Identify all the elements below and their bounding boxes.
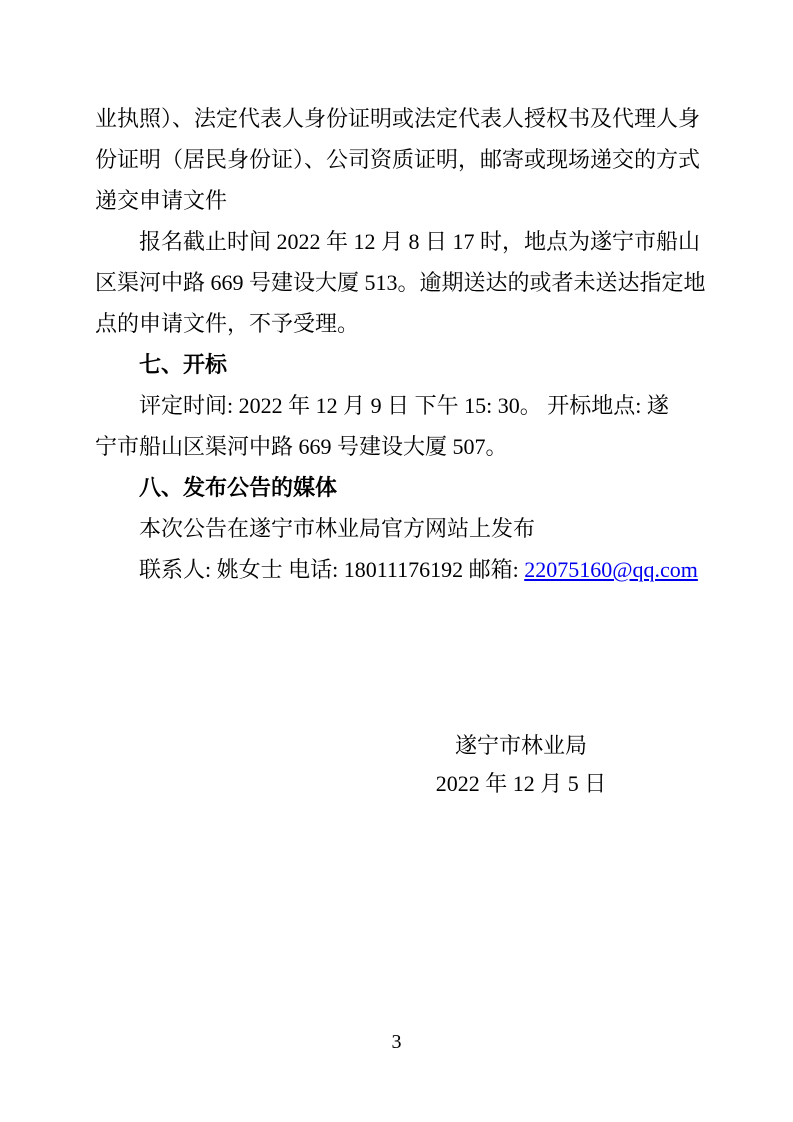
text-line: 业执照）、法定代表人身份证明或法定代表人授权书及代理人身 — [95, 98, 706, 139]
text-line: 份证明（居民身份证）、公司资质证明，邮寄或现场递交的方式 — [95, 139, 706, 180]
signature-org: 遂宁市林业局 — [436, 727, 607, 765]
document-page: 业执照）、法定代表人身份证明或法定代表人授权书及代理人身份证明（居民身份证）、公… — [0, 0, 793, 1122]
signature-block: 遂宁市林业局 2022 年 12 月 5 日 — [436, 727, 607, 803]
text-line: 递交申请文件 — [95, 180, 706, 221]
text-line: 报名截止时间 2022 年 12 月 8 日 17 时，地点为遂宁市船山 — [95, 221, 706, 262]
section-heading: 七、开标 — [95, 344, 706, 385]
contact-text: 联系人: 姚女士 电话: 18011176192 邮箱: — [139, 557, 524, 582]
contact-line: 联系人: 姚女士 电话: 18011176192 邮箱: 22075160@qq… — [95, 549, 706, 590]
text-line: 区渠河中路 669 号建设大厦 513。逾期送达的或者未送达指定地 — [95, 262, 706, 303]
text-line: 评定时间: 2022 年 12 月 9 日 下午 15: 30。 开标地点: 遂 — [95, 385, 706, 426]
text-line: 点的申请文件，不予受理。 — [95, 303, 706, 344]
page-number: 3 — [0, 1028, 793, 1056]
section-heading: 八、发布公告的媒体 — [95, 467, 706, 508]
email-link[interactable]: 22075160@qq.com — [524, 557, 698, 582]
signature-date: 2022 年 12 月 5 日 — [436, 765, 607, 803]
text-line: 本次公告在遂宁市林业局官方网站上发布 — [95, 508, 706, 549]
text-line: 宁市船山区渠河中路 669 号建设大厦 507。 — [95, 426, 706, 467]
document-body: 业执照）、法定代表人身份证明或法定代表人授权书及代理人身份证明（居民身份证）、公… — [95, 98, 706, 590]
